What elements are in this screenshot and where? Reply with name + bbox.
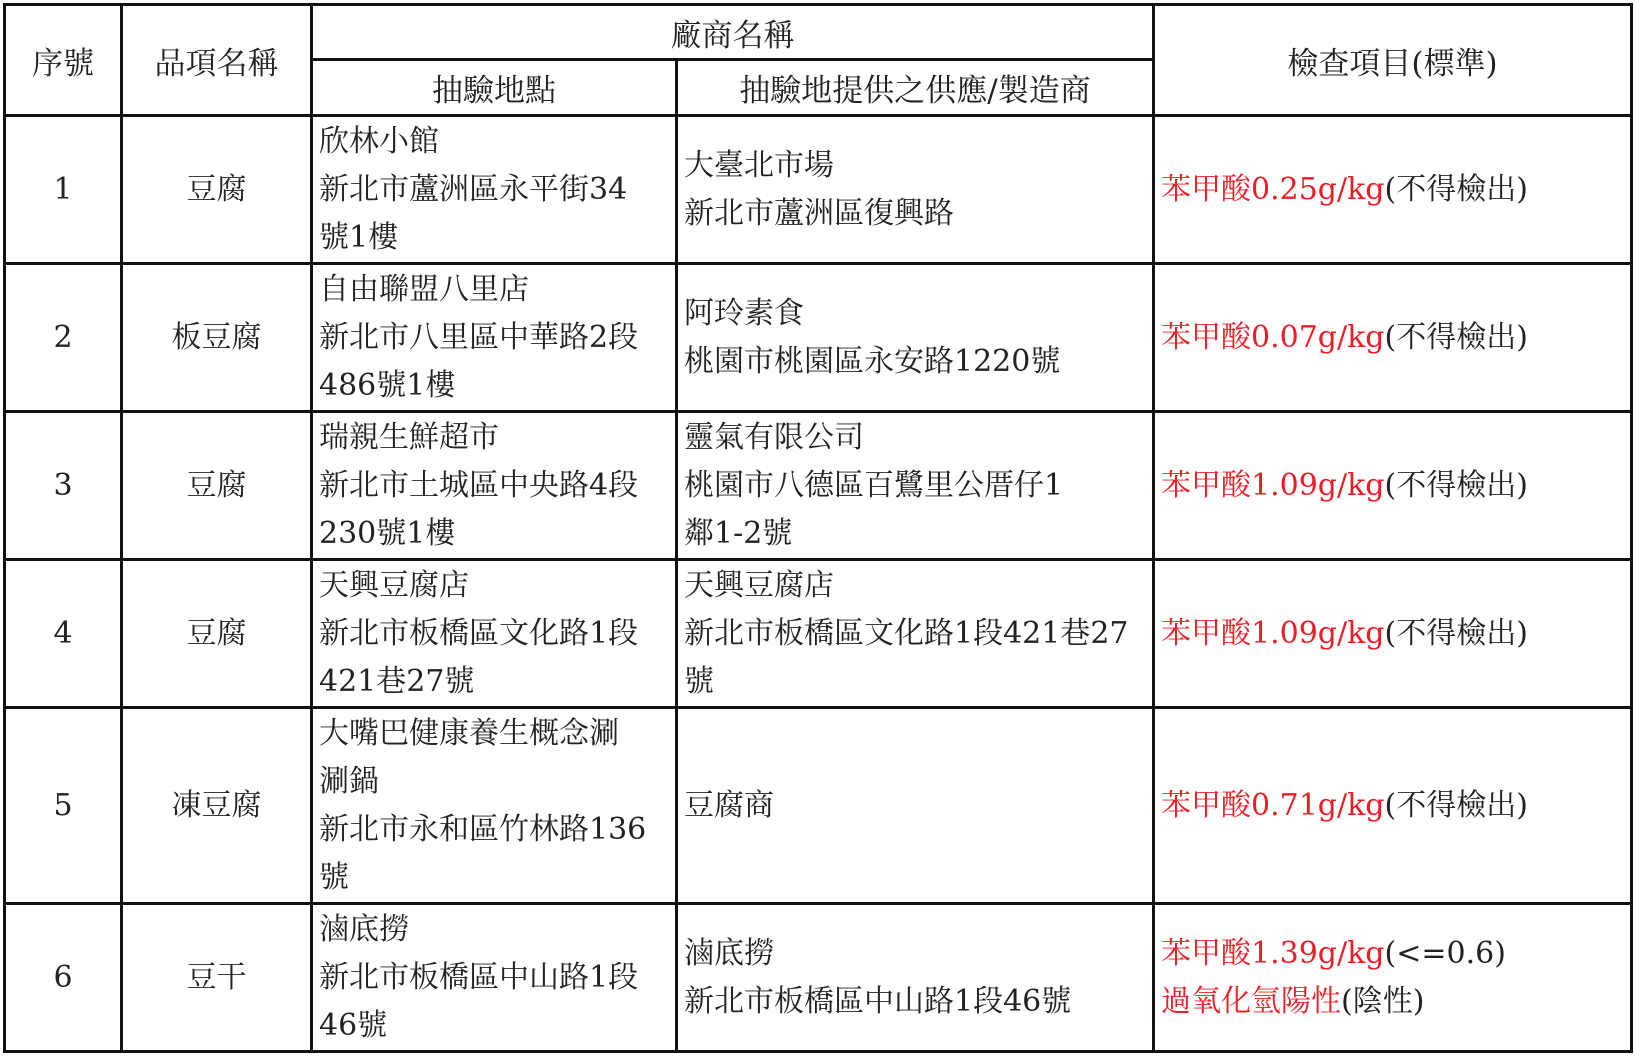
cell-supplier: 大臺北市場 新北市蘆洲區復興路 [677, 116, 1154, 264]
cell-seq: 4 [5, 560, 122, 708]
cell-item: 豆腐 [122, 116, 312, 264]
location-name: 自由聯盟八里店 [319, 266, 675, 314]
supplier-name: 阿玲素食 [684, 290, 1152, 338]
test-result: 苯甲酸1.09g/kg [1161, 616, 1385, 651]
supplier-address: 桃園市八德區百鷺里公厝仔1 [684, 462, 1152, 510]
test-line: 苯甲酸0.71g/kg(不得檢出) [1161, 782, 1630, 830]
test-standard: (不得檢出) [1385, 788, 1528, 823]
location-address-cont: 46號 [319, 1002, 675, 1050]
table-row: 1 豆腐 欣林小館 新北市蘆洲區永平街34 號1樓 大臺北市場 新北市蘆洲區復興… [5, 116, 1632, 264]
cell-item: 豆腐 [122, 560, 312, 708]
header-test-item: 檢查項目(標準) [1154, 5, 1632, 116]
cell-item: 凍豆腐 [122, 708, 312, 904]
test-standard: (不得檢出) [1385, 320, 1528, 355]
cell-supplier: 滷底撈 新北市板橋區中山路1段46號 [677, 904, 1154, 1052]
test-result: 過氧化氫陽性 [1161, 984, 1341, 1019]
cell-supplier: 靈氣有限公司 桃園市八德區百鷺里公厝仔1 鄰1-2號 [677, 412, 1154, 560]
location-address: 新北市永和區竹林路136 [319, 806, 675, 854]
supplier-address: 桃園市桃園區永安路1220號 [684, 338, 1152, 386]
cell-seq: 5 [5, 708, 122, 904]
cell-location: 天興豆腐店 新北市板橋區文化路1段 421巷27號 [312, 560, 677, 708]
test-result: 苯甲酸0.71g/kg [1161, 788, 1385, 823]
cell-test: 苯甲酸1.39g/kg(<=0.6) 過氧化氫陽性(陰性) [1154, 904, 1632, 1052]
supplier-address-cont: 鄰1-2號 [684, 510, 1152, 558]
test-standard: (不得檢出) [1385, 616, 1528, 651]
test-result: 苯甲酸1.39g/kg [1161, 936, 1385, 971]
table-row: 6 豆干 滷底撈 新北市板橋區中山路1段 46號 滷底撈 新北市板橋區中山路1段… [5, 904, 1632, 1052]
cell-supplier: 阿玲素食 桃園市桃園區永安路1220號 [677, 264, 1154, 412]
test-line: 苯甲酸1.39g/kg(<=0.6) [1161, 930, 1630, 978]
cell-item: 豆干 [122, 904, 312, 1052]
location-address-cont: 486號1樓 [319, 362, 675, 410]
location-address: 新北市土城區中央路4段 [319, 462, 675, 510]
supplier-address-cont: 號 [684, 658, 1152, 706]
location-address-cont: 號 [319, 854, 675, 902]
supplier-address: 新北市板橋區文化路1段421巷27 [684, 610, 1152, 658]
cell-location: 自由聯盟八里店 新北市八里區中華路2段 486號1樓 [312, 264, 677, 412]
supplier-address: 新北市蘆洲區復興路 [684, 190, 1152, 238]
cell-test: 苯甲酸0.25g/kg(不得檢出) [1154, 116, 1632, 264]
cell-test: 苯甲酸0.71g/kg(不得檢出) [1154, 708, 1632, 904]
test-result: 苯甲酸1.09g/kg [1161, 468, 1385, 503]
supplier-name: 靈氣有限公司 [684, 414, 1152, 462]
location-address-cont: 421巷27號 [319, 658, 675, 706]
test-line: 苯甲酸0.07g/kg(不得檢出) [1161, 314, 1630, 362]
cell-item: 板豆腐 [122, 264, 312, 412]
table-row: 3 豆腐 瑞親生鮮超市 新北市土城區中央路4段 230號1樓 靈氣有限公司 桃園… [5, 412, 1632, 560]
table-header: 序號 品項名稱 廠商名稱 檢查項目(標準) 抽驗地點 抽驗地提供之供應/製造商 [5, 5, 1632, 116]
location-name: 天興豆腐店 [319, 562, 675, 610]
location-name: 瑞親生鮮超市 [319, 414, 675, 462]
cell-test: 苯甲酸1.09g/kg(不得檢出) [1154, 560, 1632, 708]
location-name: 大嘴巴健康養生概念涮 [319, 710, 675, 758]
location-address-cont: 230號1樓 [319, 510, 675, 558]
supplier-address: 新北市板橋區中山路1段46號 [684, 978, 1152, 1026]
header-seq: 序號 [5, 5, 122, 116]
header-sample-location: 抽驗地點 [312, 60, 677, 116]
cell-item: 豆腐 [122, 412, 312, 560]
test-line: 過氧化氫陽性(陰性) [1161, 978, 1630, 1026]
header-vendor-group: 廠商名稱 [312, 5, 1154, 60]
test-result: 苯甲酸0.07g/kg [1161, 320, 1385, 355]
header-item-name: 品項名稱 [122, 5, 312, 116]
cell-location: 大嘴巴健康養生概念涮 涮鍋 新北市永和區竹林路136 號 [312, 708, 677, 904]
location-name-cont: 涮鍋 [319, 758, 675, 806]
location-address: 新北市板橋區文化路1段 [319, 610, 675, 658]
cell-supplier: 天興豆腐店 新北市板橋區文化路1段421巷27 號 [677, 560, 1154, 708]
inspection-results-table: 序號 品項名稱 廠商名稱 檢查項目(標準) 抽驗地點 抽驗地提供之供應/製造商 … [3, 3, 1633, 1053]
supplier-name: 天興豆腐店 [684, 562, 1152, 610]
location-address: 新北市板橋區中山路1段 [319, 954, 675, 1002]
header-supplier: 抽驗地提供之供應/製造商 [677, 60, 1154, 116]
cell-test: 苯甲酸1.09g/kg(不得檢出) [1154, 412, 1632, 560]
table-row: 2 板豆腐 自由聯盟八里店 新北市八里區中華路2段 486號1樓 阿玲素食 桃園… [5, 264, 1632, 412]
location-address: 新北市蘆洲區永平街34 [319, 166, 675, 214]
table-body: 1 豆腐 欣林小館 新北市蘆洲區永平街34 號1樓 大臺北市場 新北市蘆洲區復興… [5, 116, 1632, 1052]
test-line: 苯甲酸1.09g/kg(不得檢出) [1161, 610, 1630, 658]
cell-seq: 1 [5, 116, 122, 264]
test-line: 苯甲酸0.25g/kg(不得檢出) [1161, 166, 1630, 214]
location-address-cont: 號1樓 [319, 214, 675, 262]
test-line: 苯甲酸1.09g/kg(不得檢出) [1161, 462, 1630, 510]
supplier-name: 豆腐商 [684, 782, 1152, 830]
test-standard: (不得檢出) [1385, 172, 1528, 207]
cell-location: 欣林小館 新北市蘆洲區永平街34 號1樓 [312, 116, 677, 264]
test-standard: (陰性) [1341, 984, 1424, 1019]
cell-seq: 2 [5, 264, 122, 412]
cell-location: 滷底撈 新北市板橋區中山路1段 46號 [312, 904, 677, 1052]
cell-supplier: 豆腐商 [677, 708, 1154, 904]
cell-seq: 3 [5, 412, 122, 560]
location-name: 滷底撈 [319, 906, 675, 954]
cell-test: 苯甲酸0.07g/kg(不得檢出) [1154, 264, 1632, 412]
test-standard: (<=0.6) [1385, 936, 1506, 971]
supplier-name: 大臺北市場 [684, 142, 1152, 190]
table-row: 4 豆腐 天興豆腐店 新北市板橋區文化路1段 421巷27號 天興豆腐店 新北市… [5, 560, 1632, 708]
cell-location: 瑞親生鮮超市 新北市土城區中央路4段 230號1樓 [312, 412, 677, 560]
location-name: 欣林小館 [319, 118, 675, 166]
cell-seq: 6 [5, 904, 122, 1052]
test-standard: (不得檢出) [1385, 468, 1528, 503]
supplier-name: 滷底撈 [684, 930, 1152, 978]
test-result: 苯甲酸0.25g/kg [1161, 172, 1385, 207]
table-row: 5 凍豆腐 大嘴巴健康養生概念涮 涮鍋 新北市永和區竹林路136 號 豆腐商 苯… [5, 708, 1632, 904]
location-address: 新北市八里區中華路2段 [319, 314, 675, 362]
